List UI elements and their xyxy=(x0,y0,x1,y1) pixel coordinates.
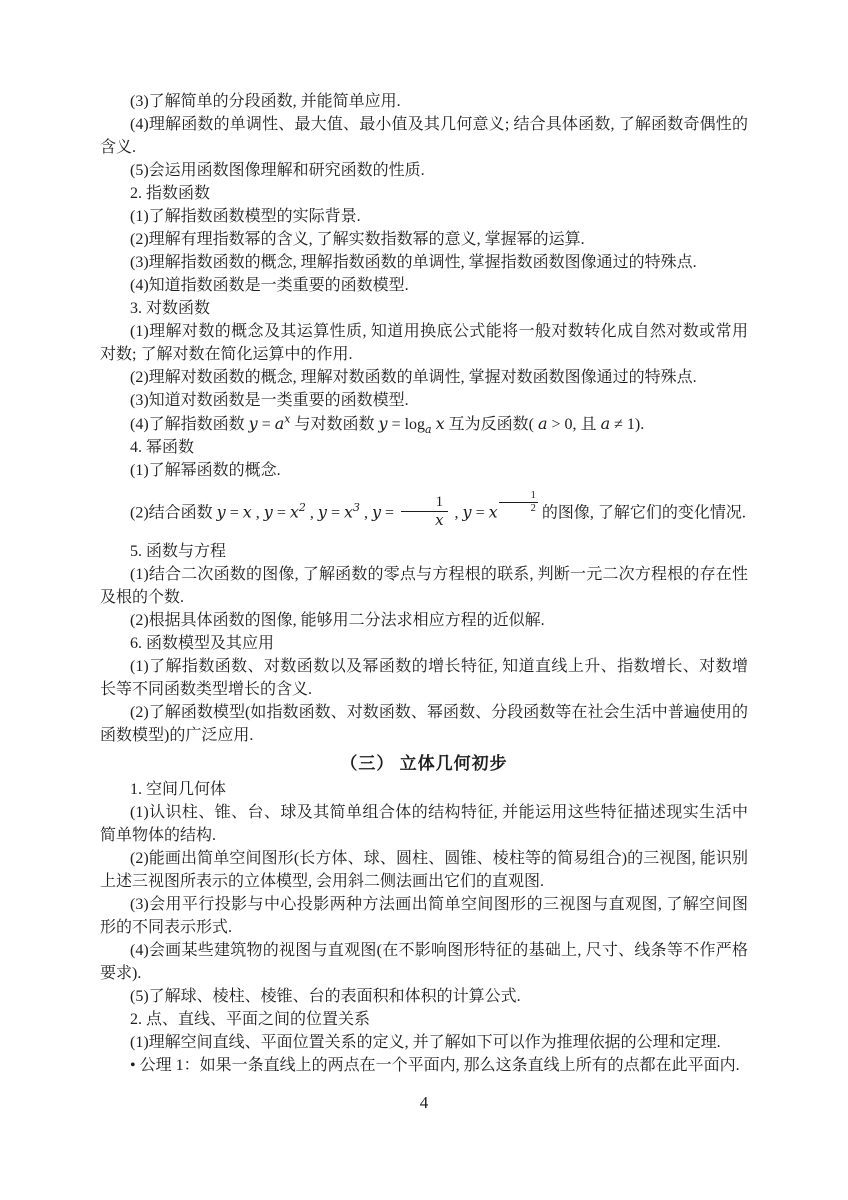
math-variable: x xyxy=(290,503,299,522)
document-body: (3)了解简单的分段函数, 并能简单应用.(4)理解函数的单调性、最大值、最小值… xyxy=(100,90,748,1077)
paragraph: (3)会用平行投影与中心投影两种方法画出简单空间图形的三视图与直观图, 了解空间… xyxy=(100,893,748,939)
math-subscript: a xyxy=(425,423,432,436)
math-supscript: 2 xyxy=(299,501,306,514)
fraction-numerator: 1 xyxy=(401,494,447,512)
paragraph: 4. 幂函数 xyxy=(100,436,748,459)
paragraph: (3)理解指数函数的概念, 理解指数函数的单调性, 掌握指数函数图像通过的特殊点… xyxy=(100,251,748,274)
fraction-denominator: x xyxy=(401,512,447,529)
math-variable: y xyxy=(217,503,226,522)
math-variable: a xyxy=(275,414,285,433)
paragraph: (2)根据具体函数的图像, 能够用二分法求相应方程的近似解. xyxy=(100,609,748,632)
paragraph: (4)理解函数的单调性、最大值、最小值及其几何意义; 结合具体函数, 了解函数奇… xyxy=(100,113,748,159)
math-paragraph: (4)了解指数函数 y = ax 与对数函数 y = loga x 互为反函数(… xyxy=(100,412,748,436)
paragraph: (2)了解函数模型(如指数函数、对数函数、幂函数、分段函数等在社会生活中普遍使用… xyxy=(100,701,748,747)
paragraph: (1)了解指数函数、对数函数以及幂函数的增长特征, 知道直线上升、指数增长、对数… xyxy=(100,655,748,701)
paragraph: (4)知道指数函数是一类重要的函数模型. xyxy=(100,274,748,297)
paragraph: (2)能画出简单空间图形(长方体、球、圆柱、圆锥、棱柱等的简易组合)的三视图, … xyxy=(100,847,748,893)
paragraph: (2)理解对数函数的概念, 理解对数函数的单调性, 掌握对数函数图像通过的特殊点… xyxy=(100,366,748,389)
math-variable: y xyxy=(318,503,327,522)
fraction-numerator: 1 xyxy=(499,490,538,503)
fraction-denominator: 2 xyxy=(499,503,538,515)
paragraph: 5. 函数与方程 xyxy=(100,540,748,563)
math-variable: a xyxy=(601,414,611,433)
bullet-item: • 公理 1：如果一条直线上的两点在一个平面内, 那么这条直线上所有的点都在此平… xyxy=(100,1054,748,1077)
page-number: 4 xyxy=(0,1091,848,1114)
paragraph: (1)认识柱、锥、台、球及其简单组合体的结构特征, 并能运用这些特征描述现实生活… xyxy=(100,801,748,847)
section-heading: （三） 立体几何初步 xyxy=(100,752,748,775)
math-variable: y xyxy=(379,414,388,433)
paragraph: (1)理解对数的概念及其运算性质, 知道用换底公式能将一般对数转化成自然对数或常… xyxy=(100,320,748,366)
math-paragraph: (2)结合函数 y = x , y = x2 , y = x3 , y = 1x… xyxy=(100,482,748,540)
math-variable: y xyxy=(372,503,381,522)
paragraph: (4)会画某些建筑物的视图与直观图(在不影响图形特征的基础上, 尺寸、线条等不作… xyxy=(100,939,748,985)
paragraph: (1)了解指数函数模型的实际背景. xyxy=(100,205,748,228)
paragraph: (3)了解简单的分段函数, 并能简单应用. xyxy=(100,90,748,113)
paragraph: (1)理解空间直线、平面位置关系的定义, 并了解如下可以作为推理依据的公理和定理… xyxy=(100,1031,748,1054)
math-fraction: 1x xyxy=(401,494,447,530)
paragraph: (1)结合二次函数的图像, 了解函数的零点与方程根的联系, 判断一元二次方程根的… xyxy=(100,563,748,609)
math-variable: x xyxy=(489,503,498,522)
paragraph: (5)会运用函数图像理解和研究函数的性质. xyxy=(100,159,748,182)
math-variable: x xyxy=(436,414,445,433)
math-variable: x xyxy=(344,503,353,522)
paragraph: 3. 对数函数 xyxy=(100,297,748,320)
paragraph: (3)知道对数函数是一类重要的函数模型. xyxy=(100,389,748,412)
math-variable: y xyxy=(249,414,258,433)
math-supscript: x xyxy=(284,413,290,426)
math-variable: a xyxy=(538,414,548,433)
math-fraction: 12 xyxy=(499,490,538,514)
paragraph: 1. 空间几何体 xyxy=(100,778,748,801)
document-page: (3)了解简单的分段函数, 并能简单应用.(4)理解函数的单调性、最大值、最小值… xyxy=(0,0,848,1200)
math-variable: y xyxy=(463,503,472,522)
math-variable: y xyxy=(264,503,273,522)
paragraph: (1)了解幂函数的概念. xyxy=(100,459,748,482)
math-variable: x xyxy=(243,503,252,522)
paragraph: (2)理解有理指数幂的含义, 了解实数指数幂的意义, 掌握幂的运算. xyxy=(100,228,748,251)
paragraph: 2. 指数函数 xyxy=(100,182,748,205)
math-supscript: 3 xyxy=(353,501,360,514)
paragraph: 6. 函数模型及其应用 xyxy=(100,632,748,655)
paragraph: (5)了解球、棱柱、棱锥、台的表面积和体积的计算公式. xyxy=(100,985,748,1008)
paragraph: 2. 点、直线、平面之间的位置关系 xyxy=(100,1008,748,1031)
